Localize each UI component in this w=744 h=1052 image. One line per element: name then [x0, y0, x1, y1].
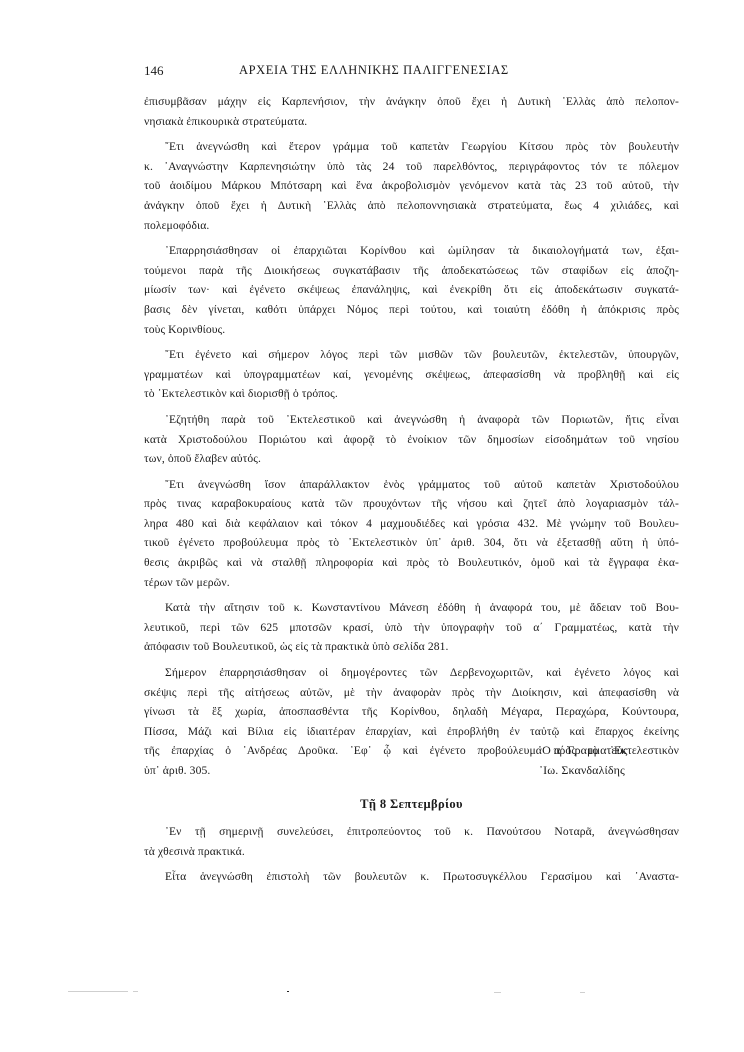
- text-line: τοὺς Κορινθίους.: [144, 320, 679, 340]
- paragraph: ῎Ετι ἀνεγνώσθη καὶ ἕτερον γράμμα τοῦ καπ…: [144, 137, 679, 235]
- text-line: τούμενοι παρὰ τῆς Διοικήσεως συγκατάβασι…: [144, 261, 679, 281]
- text-line: τὸ ᾿Εκτελεστικὸν καὶ διορισθῇ ὁ τρόπος.: [144, 384, 679, 404]
- text-line: ῎Ετι ἀνεγνώσθη ἴσον ἀπαράλλακτον ἑνὸς γρ…: [144, 475, 679, 495]
- text-line: γραμματέων καὶ ὑπογραμματέων καί, γενομέ…: [144, 365, 679, 385]
- paragraph: ῎Ετι ἐγένετο καὶ σήμερον λόγος περὶ τῶν …: [144, 345, 679, 404]
- scan-line-artifact: [580, 992, 585, 993]
- running-head: 146 ΑΡΧΕΙΑ ΤΗΣ ΕΛΛΗΝΙΚΗΣ ΠΑΛΙΓΓΕΝΕΣΙΑΣ: [144, 63, 679, 83]
- text-line: πολεμοφόδια.: [144, 216, 679, 236]
- text-line: ῎Ετι ἐγένετο καὶ σήμερον λόγος περὶ τῶν …: [144, 345, 679, 365]
- signature-name: ᾿Ιω. Σκανδαλίδης: [538, 761, 627, 781]
- scan-line-artifact: [68, 991, 128, 992]
- text-line: ἐπισυμβᾶσαν μάχην εἰς Καρπενήσιον, τὴν ἀ…: [144, 92, 679, 112]
- text-line: ῎Ετι ἀνεγνώσθη καὶ ἕτερον γράμμα τοῦ καπ…: [144, 137, 679, 157]
- text-line: ἀνάγκην ὁποῦ ἔχει ἡ Δυτικὴ ῾Ελλὰς ἀπὸ πε…: [144, 196, 679, 216]
- main-text: ἐπισυμβᾶσαν μάχην εἰς Καρπενήσιον, τὴν ἀ…: [144, 92, 679, 787]
- document-page: 146 ΑΡΧΕΙΑ ΤΗΣ ΕΛΛΗΝΙΚΗΣ ΠΑΛΙΓΓΕΝΕΣΙΑΣ ἐ…: [0, 0, 744, 1052]
- text-line: τὰ χθεσινὰ πρακτικά.: [144, 842, 679, 862]
- section-heading: Τῇ 8 Σεπτεμβρίου: [144, 797, 679, 812]
- text-line: γίνωσι τὰ ἓξ χωρία, ἀποσπασθέντα τῆς Κορ…: [144, 702, 679, 722]
- text-line: θεσις ἀκριβῶς καὶ νὰ σταλθῇ πληροφορία κ…: [144, 553, 679, 573]
- scan-dot-artifact: [287, 991, 289, 992]
- text-line: των, ὁποῦ ἔλαβεν αὐτός.: [144, 449, 679, 469]
- text-line: ᾿Επαρρησιάσθησαν οἱ ἐπαρχιῶται Κορίνθου …: [144, 241, 679, 261]
- text-line: ᾿Εζητήθη παρὰ τοῦ ᾿Εκτελεστικοῦ καὶ ἀνεγ…: [144, 410, 679, 430]
- scan-line-artifact: [494, 992, 501, 993]
- text-line: τικοῦ ἐγένετο προβούλευμα πρὸς τὸ ᾿Εκτελ…: [144, 533, 679, 553]
- text-line: λευτικοῦ, περὶ τῶν 625 μποτσῶν κρασί, ὑπ…: [144, 618, 679, 638]
- paragraph: ῎Ετι ἀνεγνώσθη ἴσον ἀπαράλλακτον ἑνὸς γρ…: [144, 475, 679, 593]
- paragraph: Εἶτα ἀνεγνώσθη ἐπιστολὴ τῶν βουλευτῶν κ.…: [144, 867, 679, 887]
- text-line: σκέψις περὶ τῆς αἰτήσεως αὐτῶν, μὲ τὴν ἀ…: [144, 683, 679, 703]
- signature-block: ῾Ο α΄ Γραμματεύς ᾿Ιω. Σκανδαλίδης: [538, 741, 627, 780]
- paragraph: ᾿Εζητήθη παρὰ τοῦ ᾿Εκτελεστικοῦ καὶ ἀνεγ…: [144, 410, 679, 469]
- paragraph: ἐπισυμβᾶσαν μάχην εἰς Καρπενήσιον, τὴν ἀ…: [144, 92, 679, 131]
- text-line: τέρων τῶν μερῶν.: [144, 573, 679, 593]
- scan-line-artifact: [133, 991, 138, 992]
- paragraph: Κατὰ τὴν αἴτησιν τοῦ κ. Κωνσταντίνου Μάν…: [144, 598, 679, 657]
- text-line: πρὸς τινας καραβοκυραίους κατὰ τῶν προυχ…: [144, 494, 679, 514]
- text-line: κ. ᾿Αναγνώστην Καρπενησιώτην ὑπὸ τὰς 24 …: [144, 157, 679, 177]
- running-title: ΑΡΧΕΙΑ ΤΗΣ ΕΛΛΗΝΙΚΗΣ ΠΑΛΙΓΓΕΝΕΣΙΑΣ: [239, 63, 509, 78]
- text-line: βασις δὲν γίνεται, καθότι ὑπάρχει Νόμος …: [144, 300, 679, 320]
- text-line: ἀπόφασιν τοῦ Βουλευτικοῦ, ὡς εἰς τὰ πρακ…: [144, 637, 679, 657]
- text-line: Πίσσα, Μάζι καὶ Βίλια εἰς ἰδιαιτέραν ἐπα…: [144, 722, 679, 742]
- text-line: κατὰ Χριστοδούλου Πoριώτου καὶ ἀφορᾷ τὸ …: [144, 430, 679, 450]
- paragraph: ᾿Εν τῇ σημερινῇ συνελεύσει, ἐπιτροπεύοντ…: [144, 822, 679, 861]
- paragraph: ᾿Επαρρησιάσθησαν οἱ ἐπαρχιῶται Κορίνθου …: [144, 241, 679, 339]
- text-line: Σήμερον ἐπαρρησιάσθησαν οἱ δημογέροντες …: [144, 663, 679, 683]
- text-line: ᾿Εν τῇ σημερινῇ συνελεύσει, ἐπιτροπεύοντ…: [144, 822, 679, 842]
- page-number: 146: [144, 63, 164, 79]
- text-line: τοῦ ἀοιδίμου Μάρκου Μπότσαρη καὶ ἕνα ἀκρ…: [144, 176, 679, 196]
- text-line: Κατὰ τὴν αἴτησιν τοῦ κ. Κωνσταντίνου Μάν…: [144, 598, 679, 618]
- text-line: Εἶτα ἀνεγνώσθη ἐπιστολὴ τῶν βουλευτῶν κ.…: [144, 867, 679, 887]
- text-line: μίωσίν των· καὶ ἐγένετο σκέψεως ἐπανάληψ…: [144, 280, 679, 300]
- main-text-continued: ᾿Εν τῇ σημερινῇ συνελεύσει, ἐπιτροπεύοντ…: [144, 822, 679, 893]
- signature-title: ῾Ο α΄ Γραμματεύς: [538, 741, 627, 761]
- text-line: νησιακὰ ἐπικουρικὰ στρατεύματα.: [144, 112, 679, 132]
- text-line: ληρα 480 καὶ διὰ κεφάλαιον καὶ τόκον 4 μ…: [144, 514, 679, 534]
